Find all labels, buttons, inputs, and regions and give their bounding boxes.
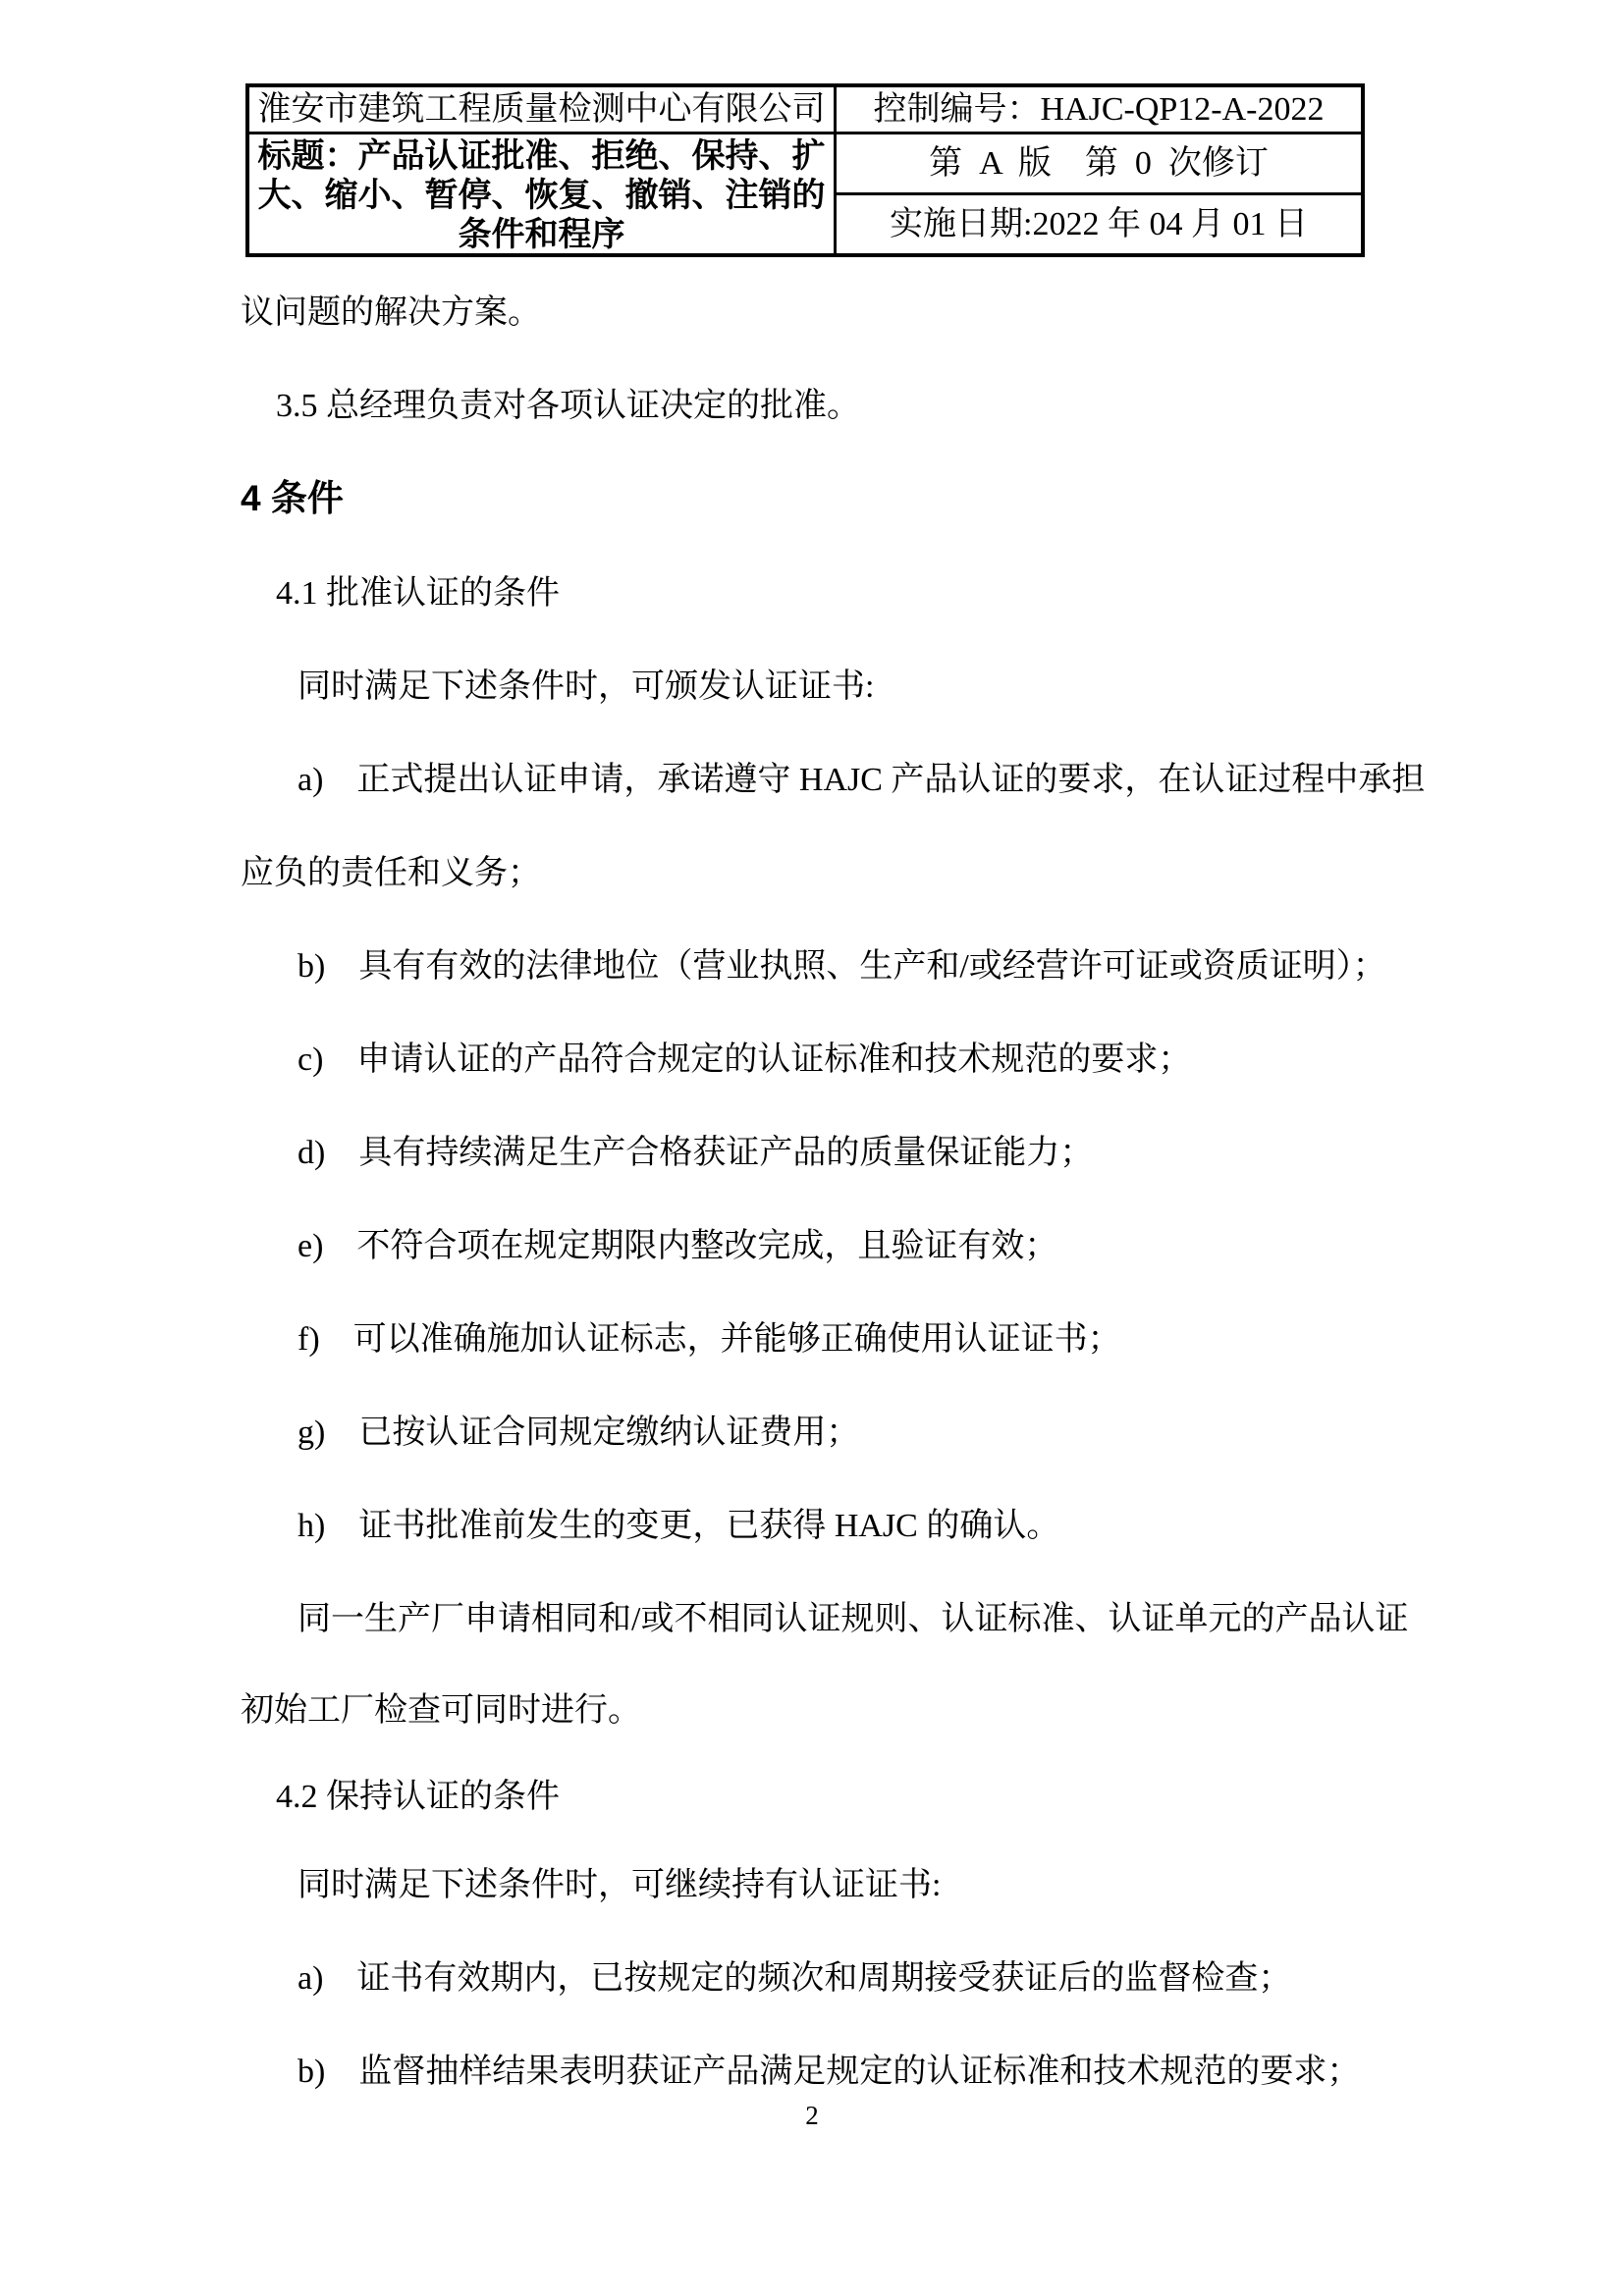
header-date-cell: 实施日期:2022 年 04 月 01 日	[837, 195, 1361, 253]
paragraph-same-factory: 同一生产厂申请相同和/或不相同认证规则、认证标准、认证单元的产品认证	[298, 1599, 1408, 1640]
section-4-2-heading: 4.2 保持认证的条件	[276, 1777, 560, 1818]
header-table: 淮安市建筑工程质量检测中心有限公司 控制编号：HAJC-QP12-A-2022 …	[245, 83, 1365, 257]
list-item-h-issue: h) 证书批准前发生的变更，已获得 HAJC 的确认。	[298, 1506, 1059, 1547]
header-company-cell: 淮安市建筑工程质量检测中心有限公司	[249, 87, 837, 134]
list-item-g-issue: g) 已按认证合同规定缴纳认证费用；	[298, 1413, 859, 1454]
section-4-1-heading: 4.1 批准认证的条件	[276, 573, 560, 614]
document-title-line-3: 条件和程序	[459, 215, 625, 254]
list-item-f-issue: f) 可以准确施加认证标志，并能够正确使用认证证书；	[298, 1319, 1121, 1361]
list-item-a-issue-continuation: 应负的责任和义务；	[241, 853, 541, 894]
conditions-intro-maintain: 同时满足下述条件时，可继续持有认证证书:	[298, 1865, 941, 1906]
implementation-date: 实施日期:2022 年 04 月 01 日	[890, 208, 1308, 241]
paragraph-same-factory-continuation: 初始工厂检查可同时进行。	[241, 1690, 641, 1732]
conditions-intro-issue: 同时满足下述条件时，可颁发认证证书:	[298, 667, 874, 708]
version-revision: 第 A 版 第 0 次修订	[929, 147, 1269, 181]
header-version-cell: 第 A 版 第 0 次修订	[837, 134, 1361, 195]
header-title-cell: 标题：产品认证批准、拒绝、保持、扩 大、缩小、暂停、恢复、撤销、注销的 条件和程…	[249, 134, 837, 253]
document-title-line-2: 大、缩小、暂停、恢复、撤销、注销的	[258, 176, 826, 215]
page-number: 2	[0, 2101, 1624, 2131]
document-page: 淮安市建筑工程质量检测中心有限公司 控制编号：HAJC-QP12-A-2022 …	[0, 0, 1624, 2296]
list-item-a-issue: a) 正式提出认证申请，承诺遵守 HAJC 产品认证的要求，在认证过程中承担	[298, 760, 1425, 801]
header-control-number-cell: 控制编号：HAJC-QP12-A-2022	[837, 87, 1361, 134]
clause-3-5: 3.5 总经理负责对各项认证决定的批准。	[276, 386, 860, 427]
list-item-b-issue: b) 具有有效的法律地位（营业执照、生产和/或经营许可证或资质证明）；	[298, 946, 1386, 988]
paragraph-continuation-solution: 议问题的解决方案。	[241, 293, 541, 334]
control-number: 控制编号：HAJC-QP12-A-2022	[874, 93, 1325, 127]
list-item-d-issue: d) 具有持续满足生产合格获证产品的质量保证能力；	[298, 1133, 1093, 1174]
list-item-b-maintain: b) 监督抽样结果表明获证产品满足规定的认证标准和技术规范的要求；	[298, 2052, 1360, 2093]
section-4-heading: 4 条件	[241, 478, 344, 519]
company-name: 淮安市建筑工程质量检测中心有限公司	[258, 93, 826, 127]
list-item-e-issue: e) 不符合项在规定期限内整改完成，且验证有效；	[298, 1226, 1057, 1267]
list-item-c-issue: c) 申请认证的产品符合规定的认证标准和技术规范的要求；	[298, 1040, 1191, 1081]
document-title-line-1: 标题：产品认证批准、拒绝、保持、扩	[258, 136, 826, 176]
list-item-a-maintain: a) 证书有效期内，已按规定的频次和周期接受获证后的监督检查；	[298, 1958, 1291, 2000]
